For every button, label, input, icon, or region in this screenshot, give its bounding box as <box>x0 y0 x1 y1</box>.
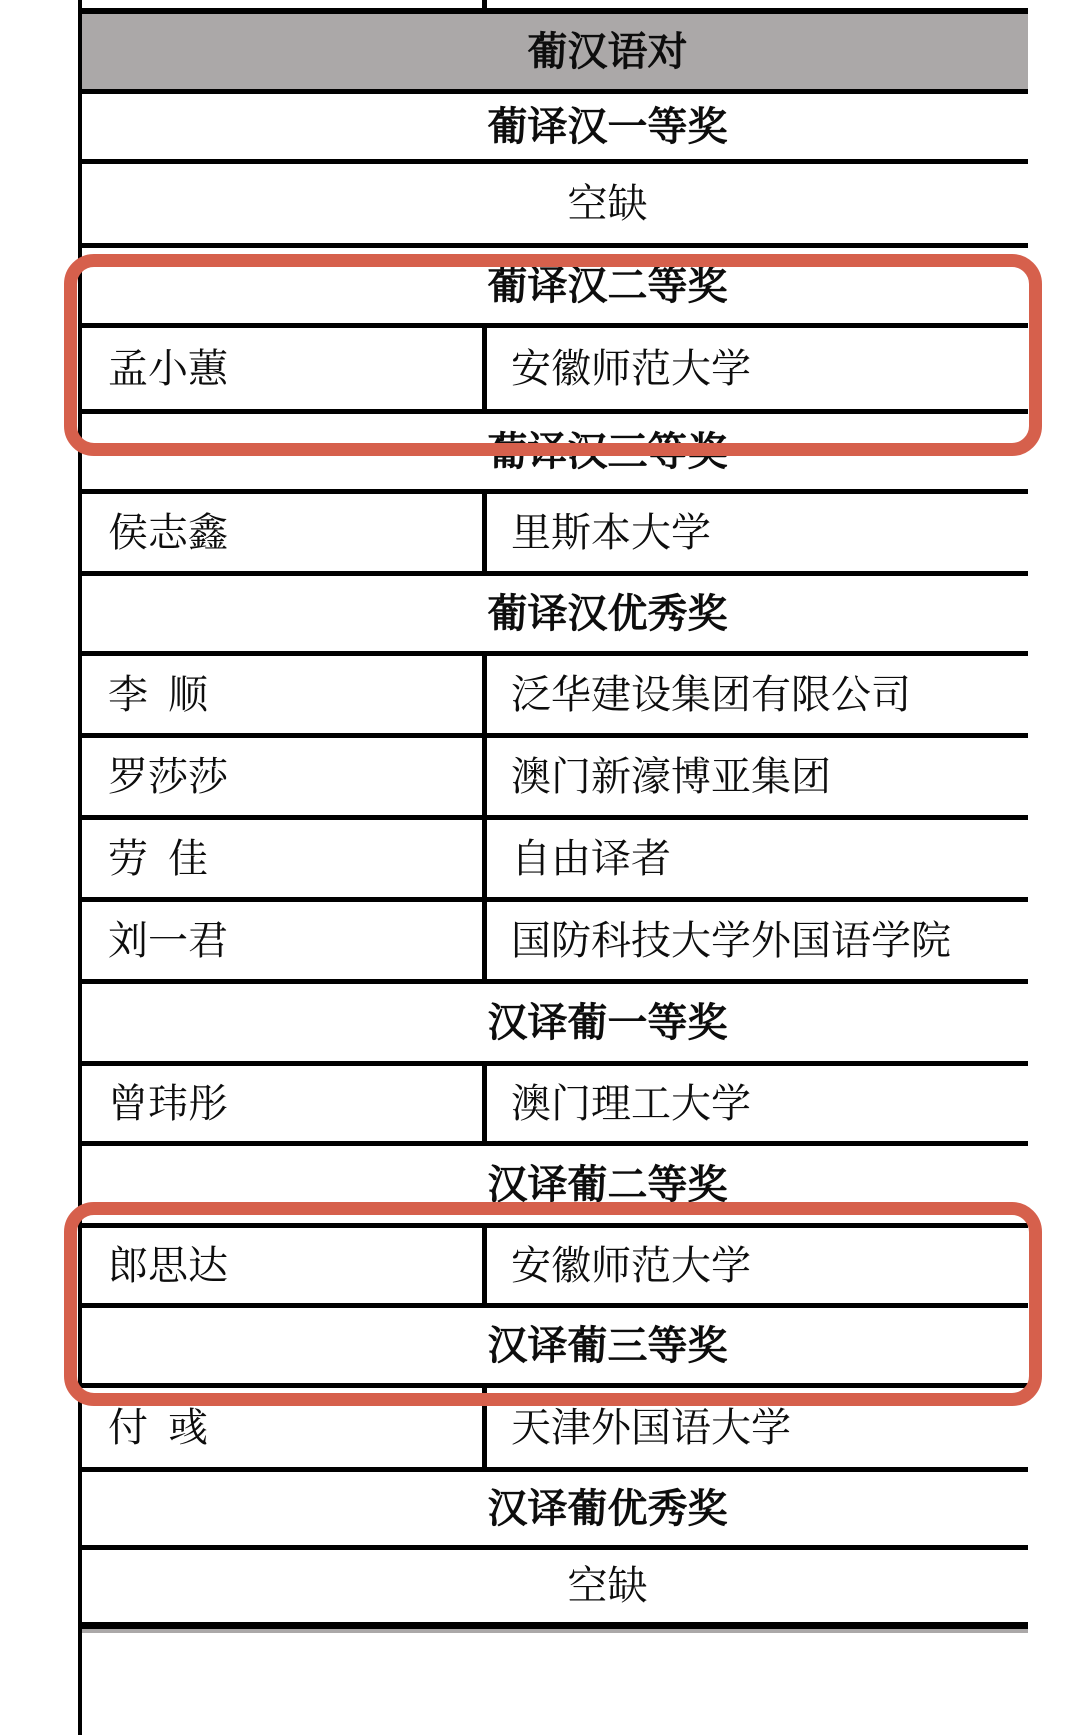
winner-org-cell: 自由译者 <box>487 820 1028 897</box>
winner-name-cell: 李 顺 <box>82 656 487 733</box>
winner-name-cell: 刘一君 <box>82 902 487 979</box>
winner-org-cell: 天津外国语大学 <box>487 1388 1028 1467</box>
winner-name-cell: 罗莎莎 <box>82 738 487 815</box>
vacant-row: 空缺 <box>82 1550 1028 1629</box>
language-pair-header-row: 葡汉语对 <box>82 14 1028 94</box>
previous-row-name-cell <box>82 0 487 8</box>
previous-row-org-cell <box>487 0 1028 8</box>
previous-row-sliver <box>82 0 1028 8</box>
winner-row: 刘一君 国防科技大学外国语学院 <box>82 902 1028 984</box>
winner-name-cell: 侯志鑫 <box>82 494 487 571</box>
winner-org-cell: 安徽师范大学 <box>487 328 1028 409</box>
award-header-row: 葡译汉一等奖 <box>82 94 1028 164</box>
awards-table: 葡汉语对 葡译汉一等奖 空缺 葡译汉二等奖 孟小蕙 安徽师范大学 葡译汉三等奖 … <box>78 0 1028 1735</box>
award-title: 汉译葡一等奖 <box>488 1001 728 1045</box>
winner-row: 孟小蕙 安徽师范大学 <box>82 328 1028 414</box>
award-title: 葡译汉二等奖 <box>488 264 728 308</box>
language-pair-title: 葡汉语对 <box>528 30 688 74</box>
vacant-label: 空缺 <box>568 1564 648 1608</box>
winner-name-cell: 劳 佳 <box>82 820 487 897</box>
winner-row: 付 彧 天津外国语大学 <box>82 1388 1028 1472</box>
winner-row: 李 顺 泛华建设集团有限公司 <box>82 656 1028 738</box>
winner-row: 郎思达 安徽师范大学 <box>82 1228 1028 1308</box>
award-header-row: 汉译葡优秀奖 <box>82 1472 1028 1550</box>
vacant-label: 空缺 <box>568 182 648 226</box>
award-header-row: 汉译葡三等奖 <box>82 1308 1028 1388</box>
award-header-row: 葡译汉优秀奖 <box>82 576 1028 656</box>
winner-org-cell: 泛华建设集团有限公司 <box>487 656 1028 733</box>
winner-name-cell: 郎思达 <box>82 1228 487 1303</box>
award-header-row: 葡译汉二等奖 <box>82 248 1028 328</box>
award-title: 汉译葡二等奖 <box>488 1163 728 1207</box>
award-title: 葡译汉三等奖 <box>488 430 728 474</box>
winner-org-cell: 澳门理工大学 <box>487 1066 1028 1141</box>
winner-row: 劳 佳 自由译者 <box>82 820 1028 902</box>
award-title: 汉译葡三等奖 <box>488 1324 728 1368</box>
winner-org-cell: 里斯本大学 <box>487 494 1028 571</box>
vacant-row: 空缺 <box>82 164 1028 248</box>
winner-name-cell: 付 彧 <box>82 1388 487 1467</box>
award-header-row: 汉译葡一等奖 <box>82 984 1028 1066</box>
winner-row: 曾玮彤 澳门理工大学 <box>82 1066 1028 1146</box>
winner-org-cell: 安徽师范大学 <box>487 1228 1028 1303</box>
award-title: 葡译汉一等奖 <box>488 105 728 149</box>
award-title: 汉译葡优秀奖 <box>488 1487 728 1531</box>
winner-org-cell: 国防科技大学外国语学院 <box>487 902 1028 979</box>
winner-org-cell: 澳门新濠博亚集团 <box>487 738 1028 815</box>
winner-name-cell: 曾玮彤 <box>82 1066 487 1141</box>
winner-row: 罗莎莎 澳门新濠博亚集团 <box>82 738 1028 820</box>
award-header-row: 汉译葡二等奖 <box>82 1146 1028 1228</box>
award-results-page: 葡汉语对 葡译汉一等奖 空缺 葡译汉二等奖 孟小蕙 安徽师范大学 葡译汉三等奖 … <box>0 0 1089 1735</box>
award-header-row: 葡译汉三等奖 <box>82 414 1028 494</box>
award-title: 葡译汉优秀奖 <box>488 592 728 636</box>
winner-row: 侯志鑫 里斯本大学 <box>82 494 1028 576</box>
next-section-header-sliver <box>82 1629 1028 1633</box>
winner-name-cell: 孟小蕙 <box>82 328 487 409</box>
awards-table-body: 葡汉语对 葡译汉一等奖 空缺 葡译汉二等奖 孟小蕙 安徽师范大学 葡译汉三等奖 … <box>82 8 1028 1629</box>
